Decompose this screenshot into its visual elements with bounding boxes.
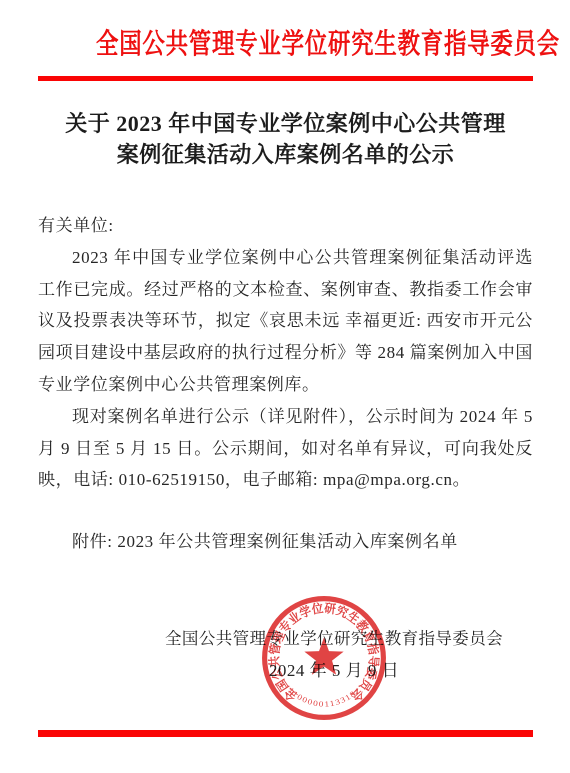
document-title-line1: 关于 2023 年中国专业学位案例中心公共管理 — [38, 108, 533, 139]
body-paragraph: 2023 年中国专业学位案例中心公共管理案例征集活动评选工作已完成。经过严格的文… — [38, 242, 533, 401]
body-paragraph: 现对案例名单进行公示（详见附件），公示时间为 2024 年 5 月 9 日至 5… — [38, 401, 533, 496]
salutation: 有关单位: — [38, 210, 533, 242]
signature-org-name: 全国公共管理专业学位研究生教育指导委员会 — [165, 627, 503, 651]
signature-date: 2024 年 5 月 9 日 — [165, 659, 503, 683]
seal-serial-number: 1100000113318 — [286, 686, 358, 709]
letterhead-divider-rule — [38, 76, 533, 81]
letterhead-org-name: 全国公共管理专业学位研究生教育指导委员会 — [96, 25, 560, 65]
document-body: 有关单位: 2023 年中国专业学位案例中心公共管理案例征集活动评选工作已完成。… — [38, 210, 533, 558]
attachment-line: 附件: 2023 年公共管理案例征集活动入库案例名单 — [38, 526, 533, 558]
signature-block: 全国公共管理专业学位研究生教育指导委员会 2024 年 5 月 9 日 — [165, 627, 503, 683]
seal-serial-container: 1100000113318 — [286, 686, 358, 709]
document-title: 关于 2023 年中国专业学位案例中心公共管理 案例征集活动入库案例名单的公示 — [38, 108, 533, 170]
letterhead: 全国公共管理专业学位研究生教育指导委员会 — [38, 0, 533, 65]
document-title-line2: 案例征集活动入库案例名单的公示 — [38, 139, 533, 170]
footer-divider-rule — [38, 730, 533, 737]
document-page: 全国公共管理专业学位研究生教育指导委员会 关于 2023 年中国专业学位案例中心… — [0, 0, 570, 773]
